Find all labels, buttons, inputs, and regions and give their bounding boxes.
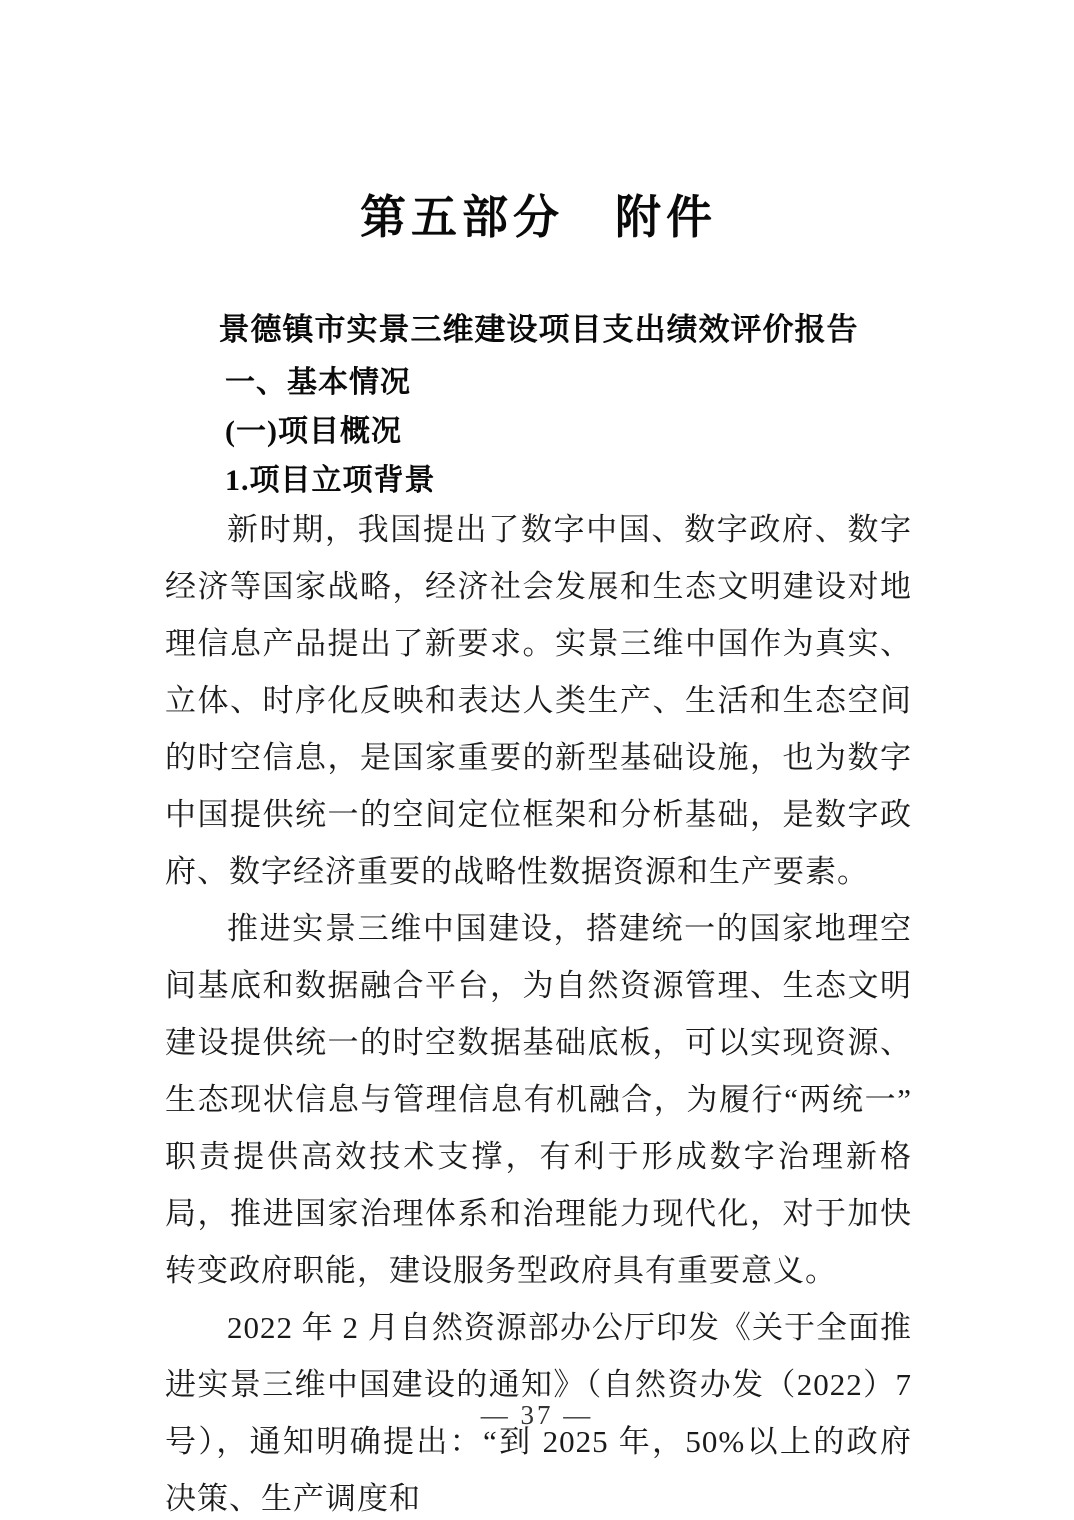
document-part-title: 第五部分 附件 — [165, 190, 912, 246]
subsection-heading: (一)项目概况 — [165, 407, 912, 456]
paragraph-1: 新时期，我国提出了数字中国、数字政府、数字经济等国家战略，经济社会发展和生态文明… — [165, 501, 912, 900]
document-page: 第五部分 附件 景德镇市实景三维建设项目支出绩效评价报告 一、基本情况 (一)项… — [0, 0, 1074, 1520]
document-body: 新时期，我国提出了数字中国、数字政府、数字经济等国家战略，经济社会发展和生态文明… — [165, 501, 912, 1520]
section-heading: 一、基本情况 — [165, 358, 912, 407]
subsubsection-heading: 1.项目立项背景 — [165, 456, 912, 505]
page-number: — 37 — — [481, 1400, 594, 1430]
report-title: 景德镇市实景三维建设项目支出绩效评价报告 — [165, 310, 912, 350]
paragraph-2: 推进实景三维中国建设，搭建统一的国家地理空间基底和数据融合平台，为自然资源管理、… — [165, 900, 912, 1299]
page-footer: — 37 — — [0, 1398, 1074, 1432]
